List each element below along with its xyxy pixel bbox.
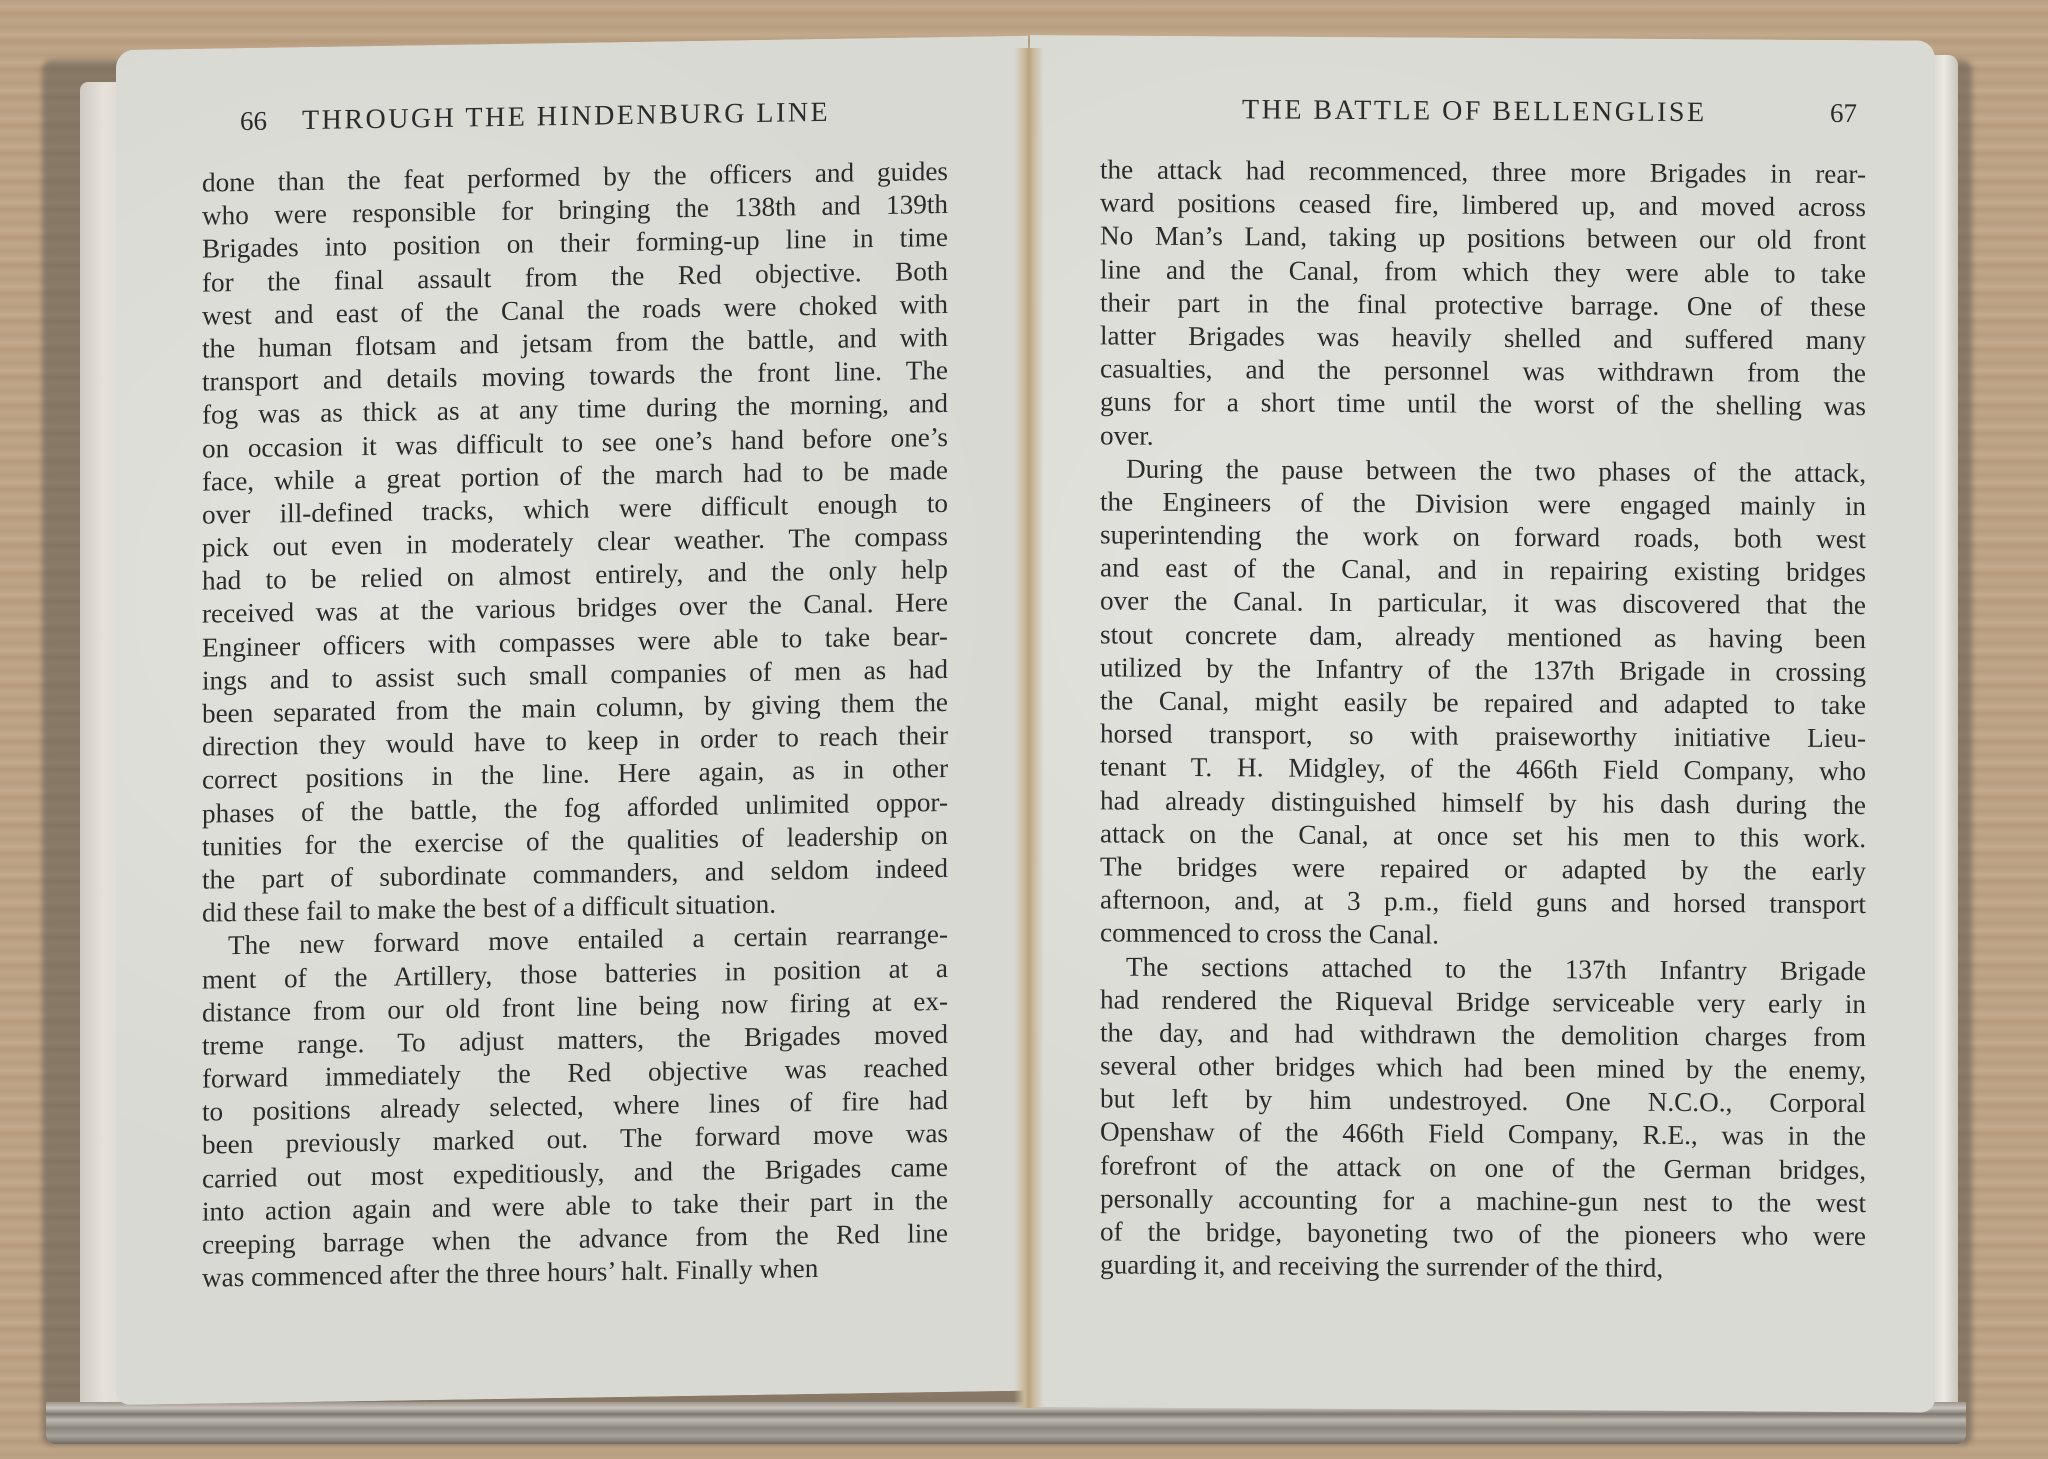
text-line: the attack had recommenced, three more B… bbox=[1100, 153, 1866, 191]
left-page: 66 THROUGH THE HINDENBURG LINE done than… bbox=[116, 36, 1028, 1405]
text-line: over. bbox=[1100, 419, 1866, 457]
left-running-head: 66 THROUGH THE HINDENBURG LINE bbox=[240, 95, 940, 146]
text-line: had rendered the Riqueval Bridge service… bbox=[1100, 983, 1866, 1021]
text-line: No Man’s Land, taking up positions betwe… bbox=[1100, 220, 1866, 258]
text-line: utilized by the Infantry of the 137th Br… bbox=[1100, 651, 1866, 689]
left-page-number: 66 bbox=[240, 106, 267, 136]
text-line: stout concrete dam, already mentioned as… bbox=[1100, 618, 1866, 656]
right-running-title: THE BATTLE OF BELLENGLISE bbox=[1242, 94, 1707, 128]
text-line: guns for a short time until the worst of… bbox=[1100, 386, 1866, 424]
text-line: had already distinguished himself by his… bbox=[1100, 784, 1866, 822]
text-line: their part in the final protective barra… bbox=[1100, 286, 1866, 324]
left-body-text: done than the feat performed by the offi… bbox=[202, 155, 948, 1295]
text-line: attack on the Canal, at once set his men… bbox=[1100, 817, 1866, 855]
text-line: commenced to cross the Canal. bbox=[1100, 917, 1866, 955]
text-line: and east of the Canal, and in repairing … bbox=[1100, 552, 1866, 590]
right-page-number: 67 bbox=[1830, 98, 1857, 129]
right-page: THE BATTLE OF BELLENGLISE 67 the attack … bbox=[1030, 35, 1935, 1413]
text-line: guarding it, and receiving the surrender… bbox=[1100, 1249, 1866, 1287]
text-line: The sections attached to the 137th Infan… bbox=[1100, 950, 1866, 988]
text-line: the day, and had withdrawn the demolitio… bbox=[1100, 1016, 1866, 1054]
text-line: over the Canal. In particular, it was di… bbox=[1100, 585, 1866, 623]
text-line: ward positions ceased fire, limbered up,… bbox=[1100, 187, 1866, 225]
text-line: casualties, and the personnel was withdr… bbox=[1100, 353, 1866, 391]
right-body-text: the attack had recommenced, three more B… bbox=[1100, 153, 1866, 1286]
text-line: afternoon, and, at 3 p.m., field guns an… bbox=[1100, 884, 1866, 922]
text-line: Openshaw of the 466th Field Company, R.E… bbox=[1100, 1116, 1866, 1154]
text-line: superintending the work on forward roads… bbox=[1100, 518, 1866, 556]
text-line: the Canal, might easily be repaired and … bbox=[1100, 684, 1866, 722]
book-gutter bbox=[1014, 48, 1044, 1408]
text-line: During the pause between the two phases … bbox=[1100, 452, 1866, 490]
text-line: forefront of the attack on one of the Ge… bbox=[1100, 1149, 1866, 1187]
text-line: tenant T. H. Midgley, of the 466th Field… bbox=[1100, 751, 1866, 789]
right-running-head: THE BATTLE OF BELLENGLISE 67 bbox=[1130, 94, 1857, 138]
text-line: but left by him undestroyed. One N.C.O.,… bbox=[1100, 1083, 1866, 1121]
text-line: latter Brigades was heavily shelled and … bbox=[1100, 319, 1866, 357]
text-line: line and the Canal, from which they were… bbox=[1100, 253, 1866, 291]
text-line: The bridges were repaired or adapted by … bbox=[1100, 850, 1866, 888]
left-running-title: THROUGH THE HINDENBURG LINE bbox=[302, 97, 830, 136]
text-line: several other bridges which had been min… bbox=[1100, 1049, 1866, 1087]
text-line: the Engineers of the Division were engag… bbox=[1100, 485, 1866, 523]
text-line: horsed transport, so with praiseworthy i… bbox=[1100, 718, 1866, 756]
text-line: personally accounting for a machine-gun … bbox=[1100, 1182, 1866, 1220]
text-line: of the bridge, bayoneting two of the pio… bbox=[1100, 1215, 1866, 1253]
